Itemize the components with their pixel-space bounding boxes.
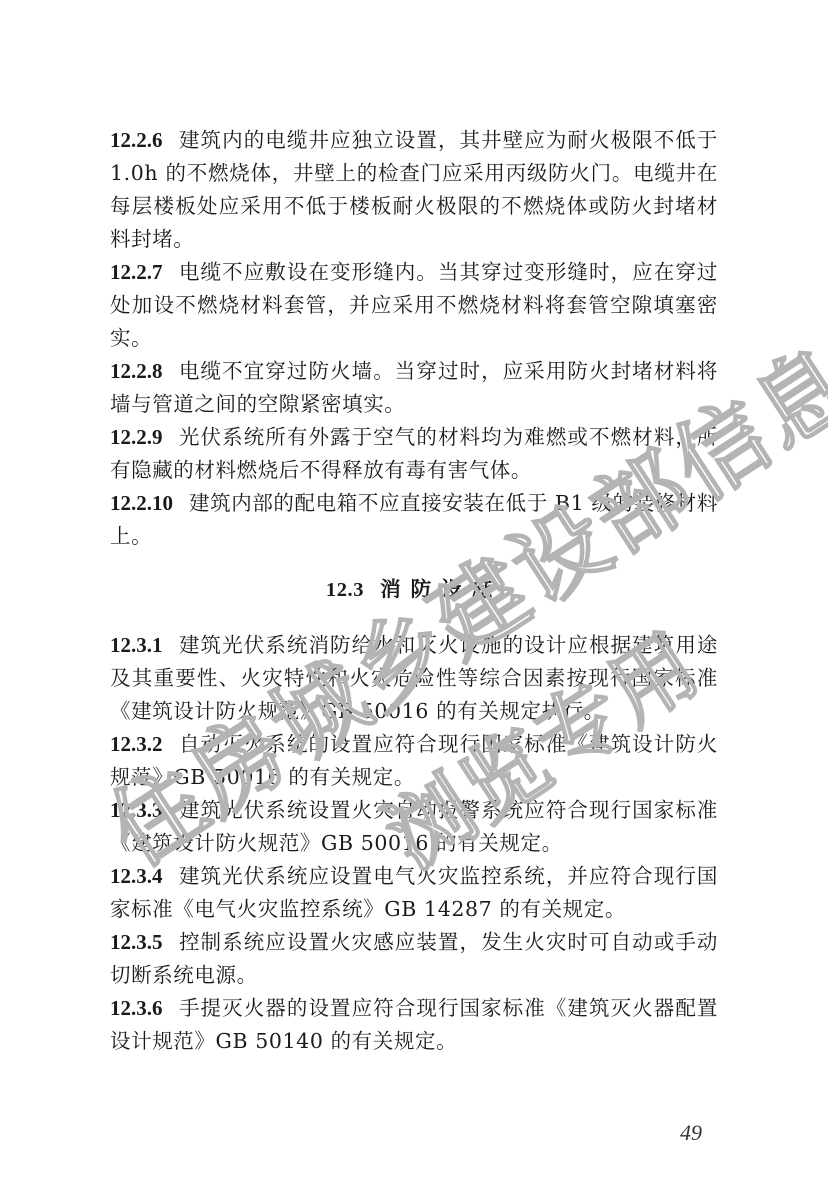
clause-text: 建筑内的电缆井应独立设置，其井壁应为耐火极限不低于 1.0h 的不燃烧体，井壁上… [110,128,718,251]
clause-text: 电缆不应敷设在变形缝内。当其穿过变形缝时，应在穿过处加设不燃烧材料套管，并应采用… [110,260,718,350]
clause-12-3-6: 12.3.6手提灭火器的设置应符合现行国家标准《建筑灭火器配置设计规范》GB 5… [110,992,718,1058]
clause-text: 建筑光伏系统设置火灾自动报警系统应符合现行国家标准《建筑设计防火规范》GB 50… [110,798,718,855]
clause-text: 手提灭火器的设置应符合现行国家标准《建筑灭火器配置设计规范》GB 50140 的… [110,996,718,1053]
clause-number: 12.3.6 [110,996,163,1020]
clause-text: 光伏系统所有外露于空气的材料均为难燃或不燃材料，所有隐藏的材料燃烧后不得释放有毒… [110,425,718,482]
page-number: 49 [680,1120,702,1146]
clause-number: 12.2.10 [110,491,173,515]
document-page: 12.2.6建筑内的电缆井应独立设置，其井壁应为耐火极限不低于 1.0h 的不燃… [0,0,828,1198]
section-title: 消防设施 [380,577,502,601]
clause-12-3-3: 12.3.3建筑光伏系统设置火灾自动报警系统应符合现行国家标准《建筑设计防火规范… [110,794,718,860]
clause-number: 12.2.6 [110,128,163,152]
clause-number: 12.2.7 [110,260,163,284]
clause-12-3-2: 12.3.2自动灭火系统的设置应符合现行国家标准《建筑设计防火规范》GB 500… [110,728,718,794]
clause-12-2-9: 12.2.9光伏系统所有外露于空气的材料均为难燃或不燃材料，所有隐藏的材料燃烧后… [110,421,718,487]
clause-text: 自动灭火系统的设置应符合现行国家标准《建筑设计防火规范》GB 50016 的有关… [110,732,718,789]
clause-text: 电缆不宜穿过防火墙。当穿过时，应采用防火封堵材料将墙与管道之间的空隙紧密填实。 [110,359,718,416]
clause-number: 12.3.4 [110,864,163,888]
clause-12-3-4: 12.3.4建筑光伏系统应设置电气火灾监控系统，并应符合现行国家标准《电气火灾监… [110,860,718,926]
clause-text: 建筑内部的配电箱不应直接安装在低于 B1 级的装修材料上。 [110,491,718,548]
clause-number: 12.3.1 [110,633,163,657]
clause-12-2-6: 12.2.6建筑内的电缆井应独立设置，其井壁应为耐火极限不低于 1.0h 的不燃… [110,124,718,256]
section-heading: 12.3消防设施 [110,573,718,607]
clause-number: 12.2.9 [110,425,163,449]
clause-12-2-10: 12.2.10建筑内部的配电箱不应直接安装在低于 B1 级的装修材料上。 [110,487,718,553]
clause-number: 12.3.2 [110,732,163,756]
section-number: 12.3 [326,579,364,601]
clause-text: 建筑光伏系统应设置电气火灾监控系统，并应符合现行国家标准《电气火灾监控系统》GB… [110,864,718,921]
clause-number: 12.3.5 [110,930,163,954]
clause-12-3-5: 12.3.5控制系统应设置火灾感应装置，发生火灾时可自动或手动切断系统电源。 [110,926,718,992]
clause-12-3-1: 12.3.1建筑光伏系统消防给水和灭火设施的设计应根据建筑用途及其重要性、火灾特… [110,629,718,728]
clause-text: 建筑光伏系统消防给水和灭火设施的设计应根据建筑用途及其重要性、火灾特性和火灾危险… [110,633,718,723]
clause-text: 控制系统应设置火灾感应装置，发生火灾时可自动或手动切断系统电源。 [110,930,718,987]
page-body: 12.2.6建筑内的电缆井应独立设置，其井壁应为耐火极限不低于 1.0h 的不燃… [110,124,718,1058]
clause-12-2-8: 12.2.8电缆不宜穿过防火墙。当穿过时，应采用防火封堵材料将墙与管道之间的空隙… [110,355,718,421]
clause-12-2-7: 12.2.7电缆不应敷设在变形缝内。当其穿过变形缝时，应在穿过处加设不燃烧材料套… [110,256,718,355]
clause-number: 12.2.8 [110,359,163,383]
clause-number: 12.3.3 [110,798,163,822]
